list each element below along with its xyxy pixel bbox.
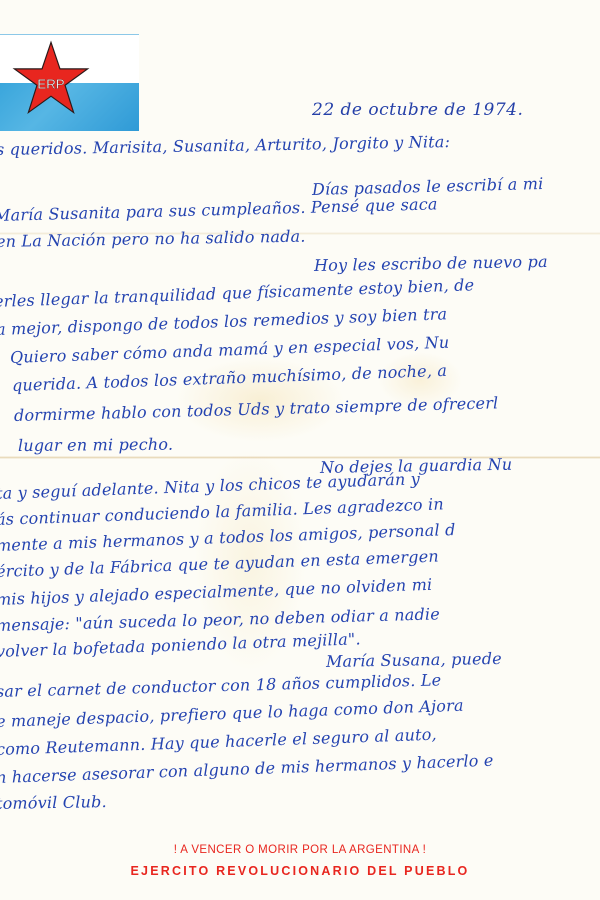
footer-slogan: ! A VENCER O MORIR POR LA ARGENTINA !: [0, 844, 600, 856]
letter-line: s queridos. Marisita, Susanita, Arturito…: [0, 132, 450, 159]
letter-line: en La Nación pero no ha salido nada.: [0, 227, 306, 251]
letter-line: mis hijos y alejado especialmente, que n…: [0, 575, 433, 609]
letter-line: María Susanita para sus cumpleaños. Pens…: [0, 194, 438, 225]
letter-line: volver la bofetada poniendo la otra meji…: [0, 629, 361, 661]
letter-date: 22 de octubre de 1974.: [312, 100, 523, 120]
footer-organization: EJERCITO REVOLUCIONARIO DEL PUEBLO: [0, 864, 600, 878]
letter-line: querida. A todos los extraño muchísimo, …: [12, 361, 448, 395]
star-label: ERP: [37, 76, 64, 91]
letter-line: tomóvil Club.: [0, 792, 107, 813]
letter-line: dormirme hablo con todos Uds y trato sie…: [14, 393, 499, 425]
letter-line: Hoy les escribo de nuevo pa: [314, 252, 548, 275]
letter-line: María Susana, puede: [326, 649, 502, 671]
letter-paper: ERP 22 de octubre de 1974. s queridos. M…: [0, 0, 600, 900]
red-star-icon: ERP: [12, 40, 90, 118]
letter-line: a mejor, dispongo de todos los remedios …: [0, 304, 448, 339]
letter-line: Quiero saber cómo anda mamá y en especia…: [10, 333, 450, 367]
letter-line: como Reutemann. Hay que hacerle el segur…: [0, 725, 437, 759]
letter-line: lugar en mi pecho.: [18, 435, 173, 455]
letter-line: mensaje: "aún suceda lo peor, no deben o…: [0, 604, 440, 635]
erp-flag-icon: ERP: [0, 34, 139, 131]
letter-line: sar el carnet de conductor con 18 años c…: [0, 670, 442, 701]
